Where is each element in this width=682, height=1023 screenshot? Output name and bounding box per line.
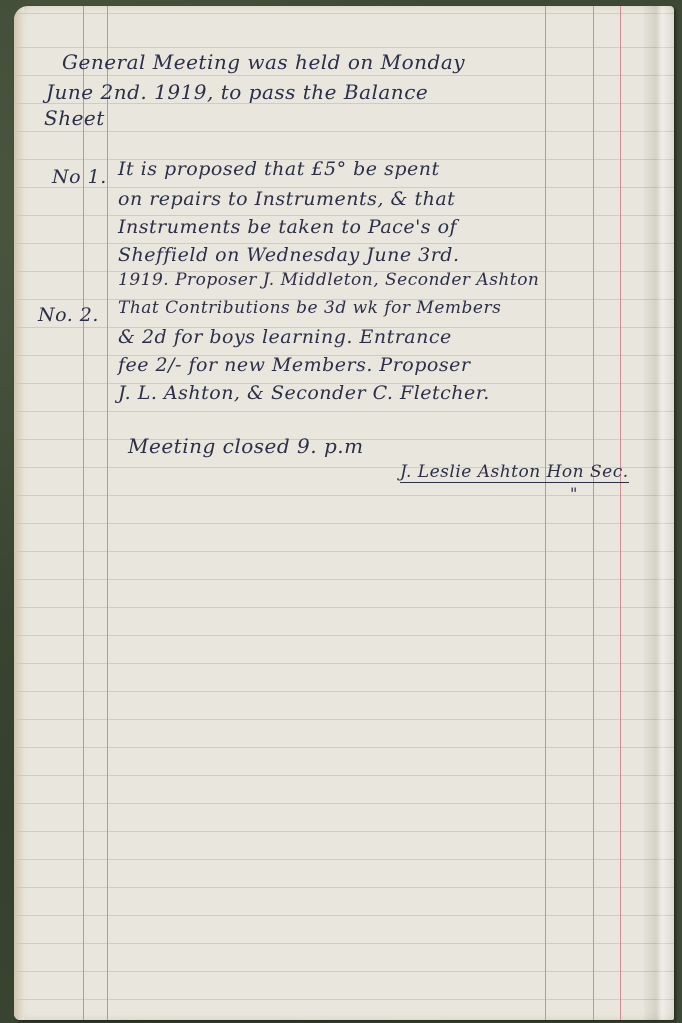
margin-line bbox=[545, 6, 546, 1020]
intro-line-2: June 2nd. 1919, to pass the Balance bbox=[46, 80, 428, 104]
signature-ditto-mark: " bbox=[570, 484, 578, 503]
notebook-page: General Meeting was held on Monday June … bbox=[14, 6, 674, 1020]
item-1-line: Instruments be taken to Pace's of bbox=[118, 216, 457, 238]
intro-line-1: General Meeting was held on Monday bbox=[62, 50, 465, 74]
margin-line bbox=[620, 6, 621, 1020]
signature: J. Leslie Ashton Hon Sec. bbox=[400, 462, 629, 483]
item-1-line: 1919. Proposer J. Middleton, Seconder As… bbox=[118, 270, 539, 290]
margin-line bbox=[593, 6, 594, 1020]
item-2-line: fee 2/- for new Members. Proposer bbox=[118, 354, 470, 376]
item-1-line: on repairs to Instruments, & that bbox=[118, 188, 455, 210]
page-fold bbox=[644, 6, 674, 1020]
item-1-number: No 1. bbox=[52, 166, 107, 188]
item-2-line: J. L. Ashton, & Seconder C. Fletcher. bbox=[118, 382, 490, 404]
margin-line bbox=[83, 6, 84, 1020]
item-2-line: & 2d for boys learning. Entrance bbox=[118, 326, 452, 348]
item-1-line: Sheffield on Wednesday June 3rd. bbox=[118, 244, 460, 266]
intro-line-3: Sheet bbox=[44, 106, 105, 130]
item-1-line: It is proposed that £5° be spent bbox=[118, 158, 440, 180]
closing-line: Meeting closed 9. p.m bbox=[128, 434, 364, 458]
item-2-line: That Contributions be 3d wk for Members bbox=[118, 298, 501, 318]
item-2-number: No. 2. bbox=[38, 304, 99, 326]
margin-line bbox=[107, 6, 108, 1020]
